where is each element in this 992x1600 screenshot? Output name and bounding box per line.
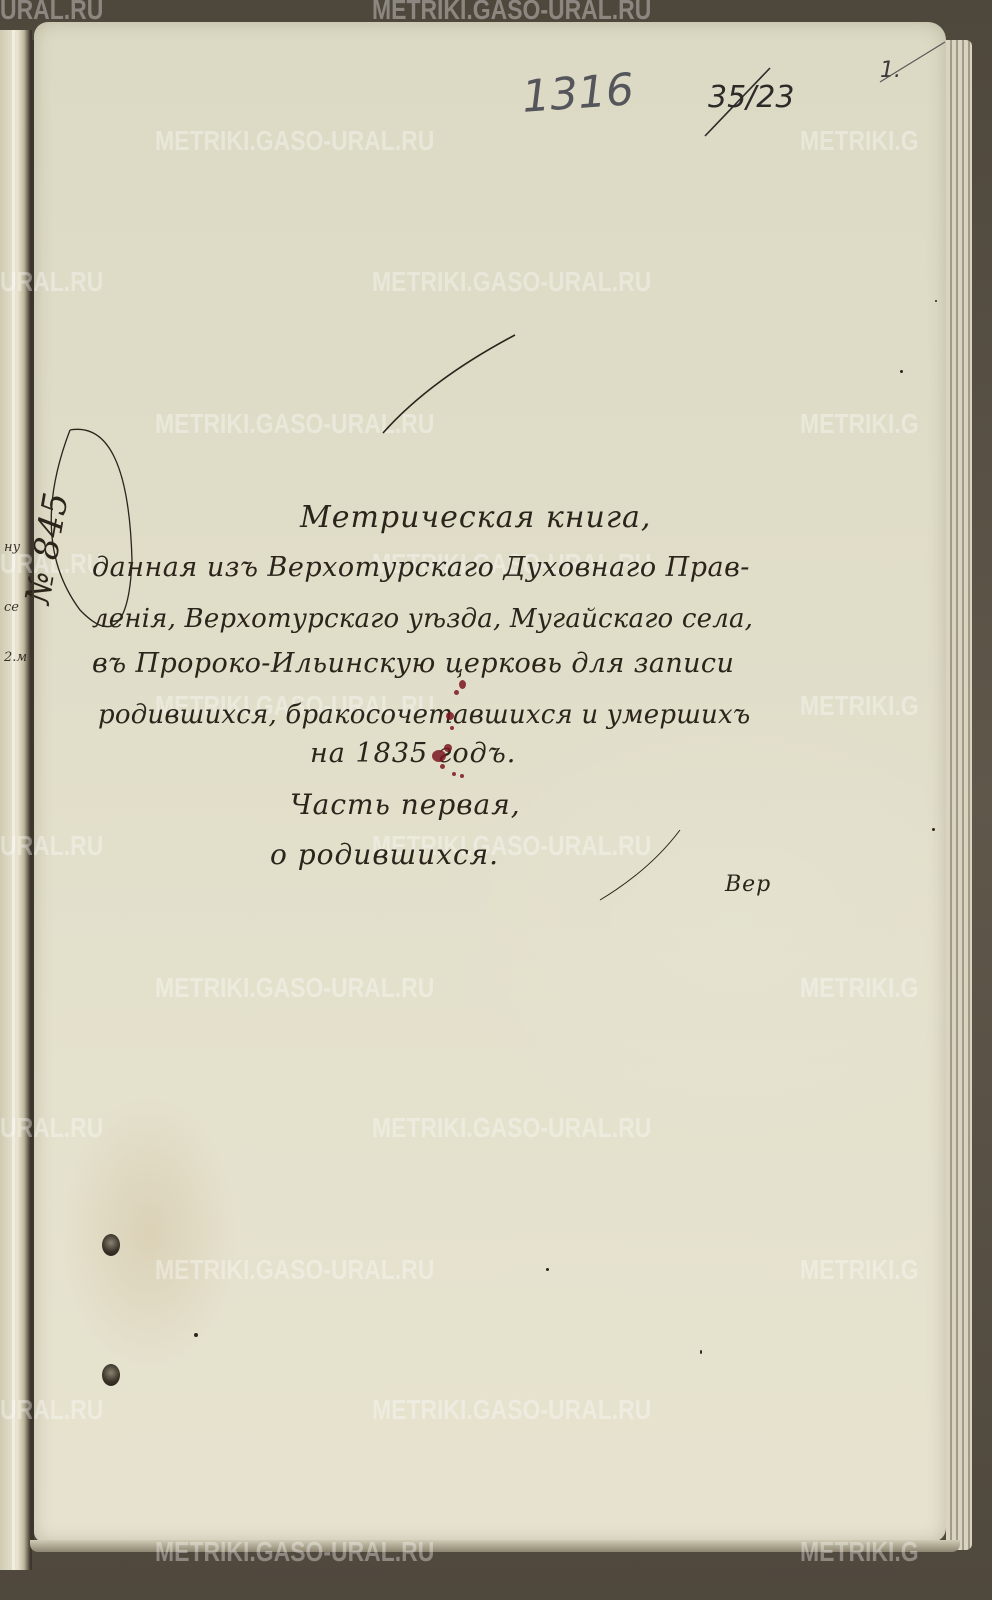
red-blot	[440, 764, 445, 769]
paper-speck	[935, 300, 937, 302]
title-line-1: Метрическая книга,	[300, 500, 651, 535]
watermark-partial: URAL.RU	[0, 1112, 103, 1144]
archive-inventory-number: 35/23	[708, 80, 794, 115]
folio-number: 1.	[880, 58, 901, 83]
red-blot	[432, 750, 446, 762]
watermark-partial: METRIKI.G	[800, 408, 919, 440]
watermark: METRIKI.GASO-URAL.RU	[155, 1254, 434, 1286]
watermark-partial: METRIKI.G	[800, 125, 919, 157]
paper-speck	[194, 1333, 198, 1337]
red-blot	[444, 744, 452, 752]
paper-speck	[546, 1268, 549, 1271]
watermark-partial: URAL.RU	[0, 266, 103, 298]
signature-fragment: Вер	[725, 872, 771, 897]
red-blot	[460, 774, 464, 778]
red-blot	[454, 690, 459, 695]
page-gutter-line	[32, 40, 34, 1540]
watermark-partial: METRIKI.G	[800, 690, 919, 722]
page-stack-edge	[946, 40, 972, 1550]
red-blot	[452, 772, 456, 776]
watermark-partial: URAL.RU	[0, 0, 103, 26]
watermark-partial: METRIKI.G	[800, 1536, 919, 1568]
watermark-partial: METRIKI.G	[800, 972, 919, 1004]
red-blot	[450, 726, 454, 730]
title-line-7-part: Часть первая,	[290, 788, 521, 821]
title-line-2: данная изъ Верхотурскаго Духовнаго Прав-	[92, 552, 750, 583]
watermark: METRIKI.GASO-URAL.RU	[372, 1112, 651, 1144]
title-line-3: ленія, Верхотурскаго уѣзда, Мугайскаго с…	[92, 604, 753, 634]
title-line-4: въ Пророко-Ильинскую церковь для записи	[92, 648, 734, 679]
watermark: METRIKI.GASO-URAL.RU	[372, 266, 651, 298]
watermark: METRIKI.GASO-URAL.RU	[155, 972, 434, 1004]
paper-speck	[932, 828, 935, 831]
title-line-6-year: на 1835 годъ.	[310, 738, 516, 769]
archive-fond-number: 1316	[520, 64, 635, 123]
watermark-partial: METRIKI.G	[800, 1254, 919, 1286]
watermark: METRIKI.GASO-URAL.RU	[155, 1536, 434, 1568]
watermark: METRIKI.GASO-URAL.RU	[372, 0, 651, 26]
binding-hole	[102, 1364, 120, 1386]
paper-speck	[700, 1350, 702, 1354]
watermark-partial: URAL.RU	[0, 1394, 103, 1426]
left-page-fragment: 2.м	[4, 650, 27, 665]
watermark-partial: URAL.RU	[0, 830, 103, 862]
title-line-5: родившихся, бракосочетавшихся и умершихъ	[98, 700, 750, 730]
title-line-8-births: о родившихся.	[270, 838, 499, 871]
red-blot	[459, 680, 466, 689]
red-blot	[446, 712, 454, 720]
watermark: METRIKI.GASO-URAL.RU	[155, 125, 434, 157]
binding-thread	[12, 30, 15, 1570]
left-page-binding: ну се 2.м	[0, 30, 32, 1570]
paper-speck	[900, 370, 903, 373]
binding-hole	[102, 1234, 120, 1256]
document-scan: ну се 2.м METRIKI.GASO-URAL.RU URAL.RU M…	[0, 0, 992, 1600]
watermark: METRIKI.GASO-URAL.RU	[155, 408, 434, 440]
watermark: METRIKI.GASO-URAL.RU	[372, 1394, 651, 1426]
document-page	[34, 22, 946, 1542]
left-page-fragment: се	[4, 600, 19, 615]
